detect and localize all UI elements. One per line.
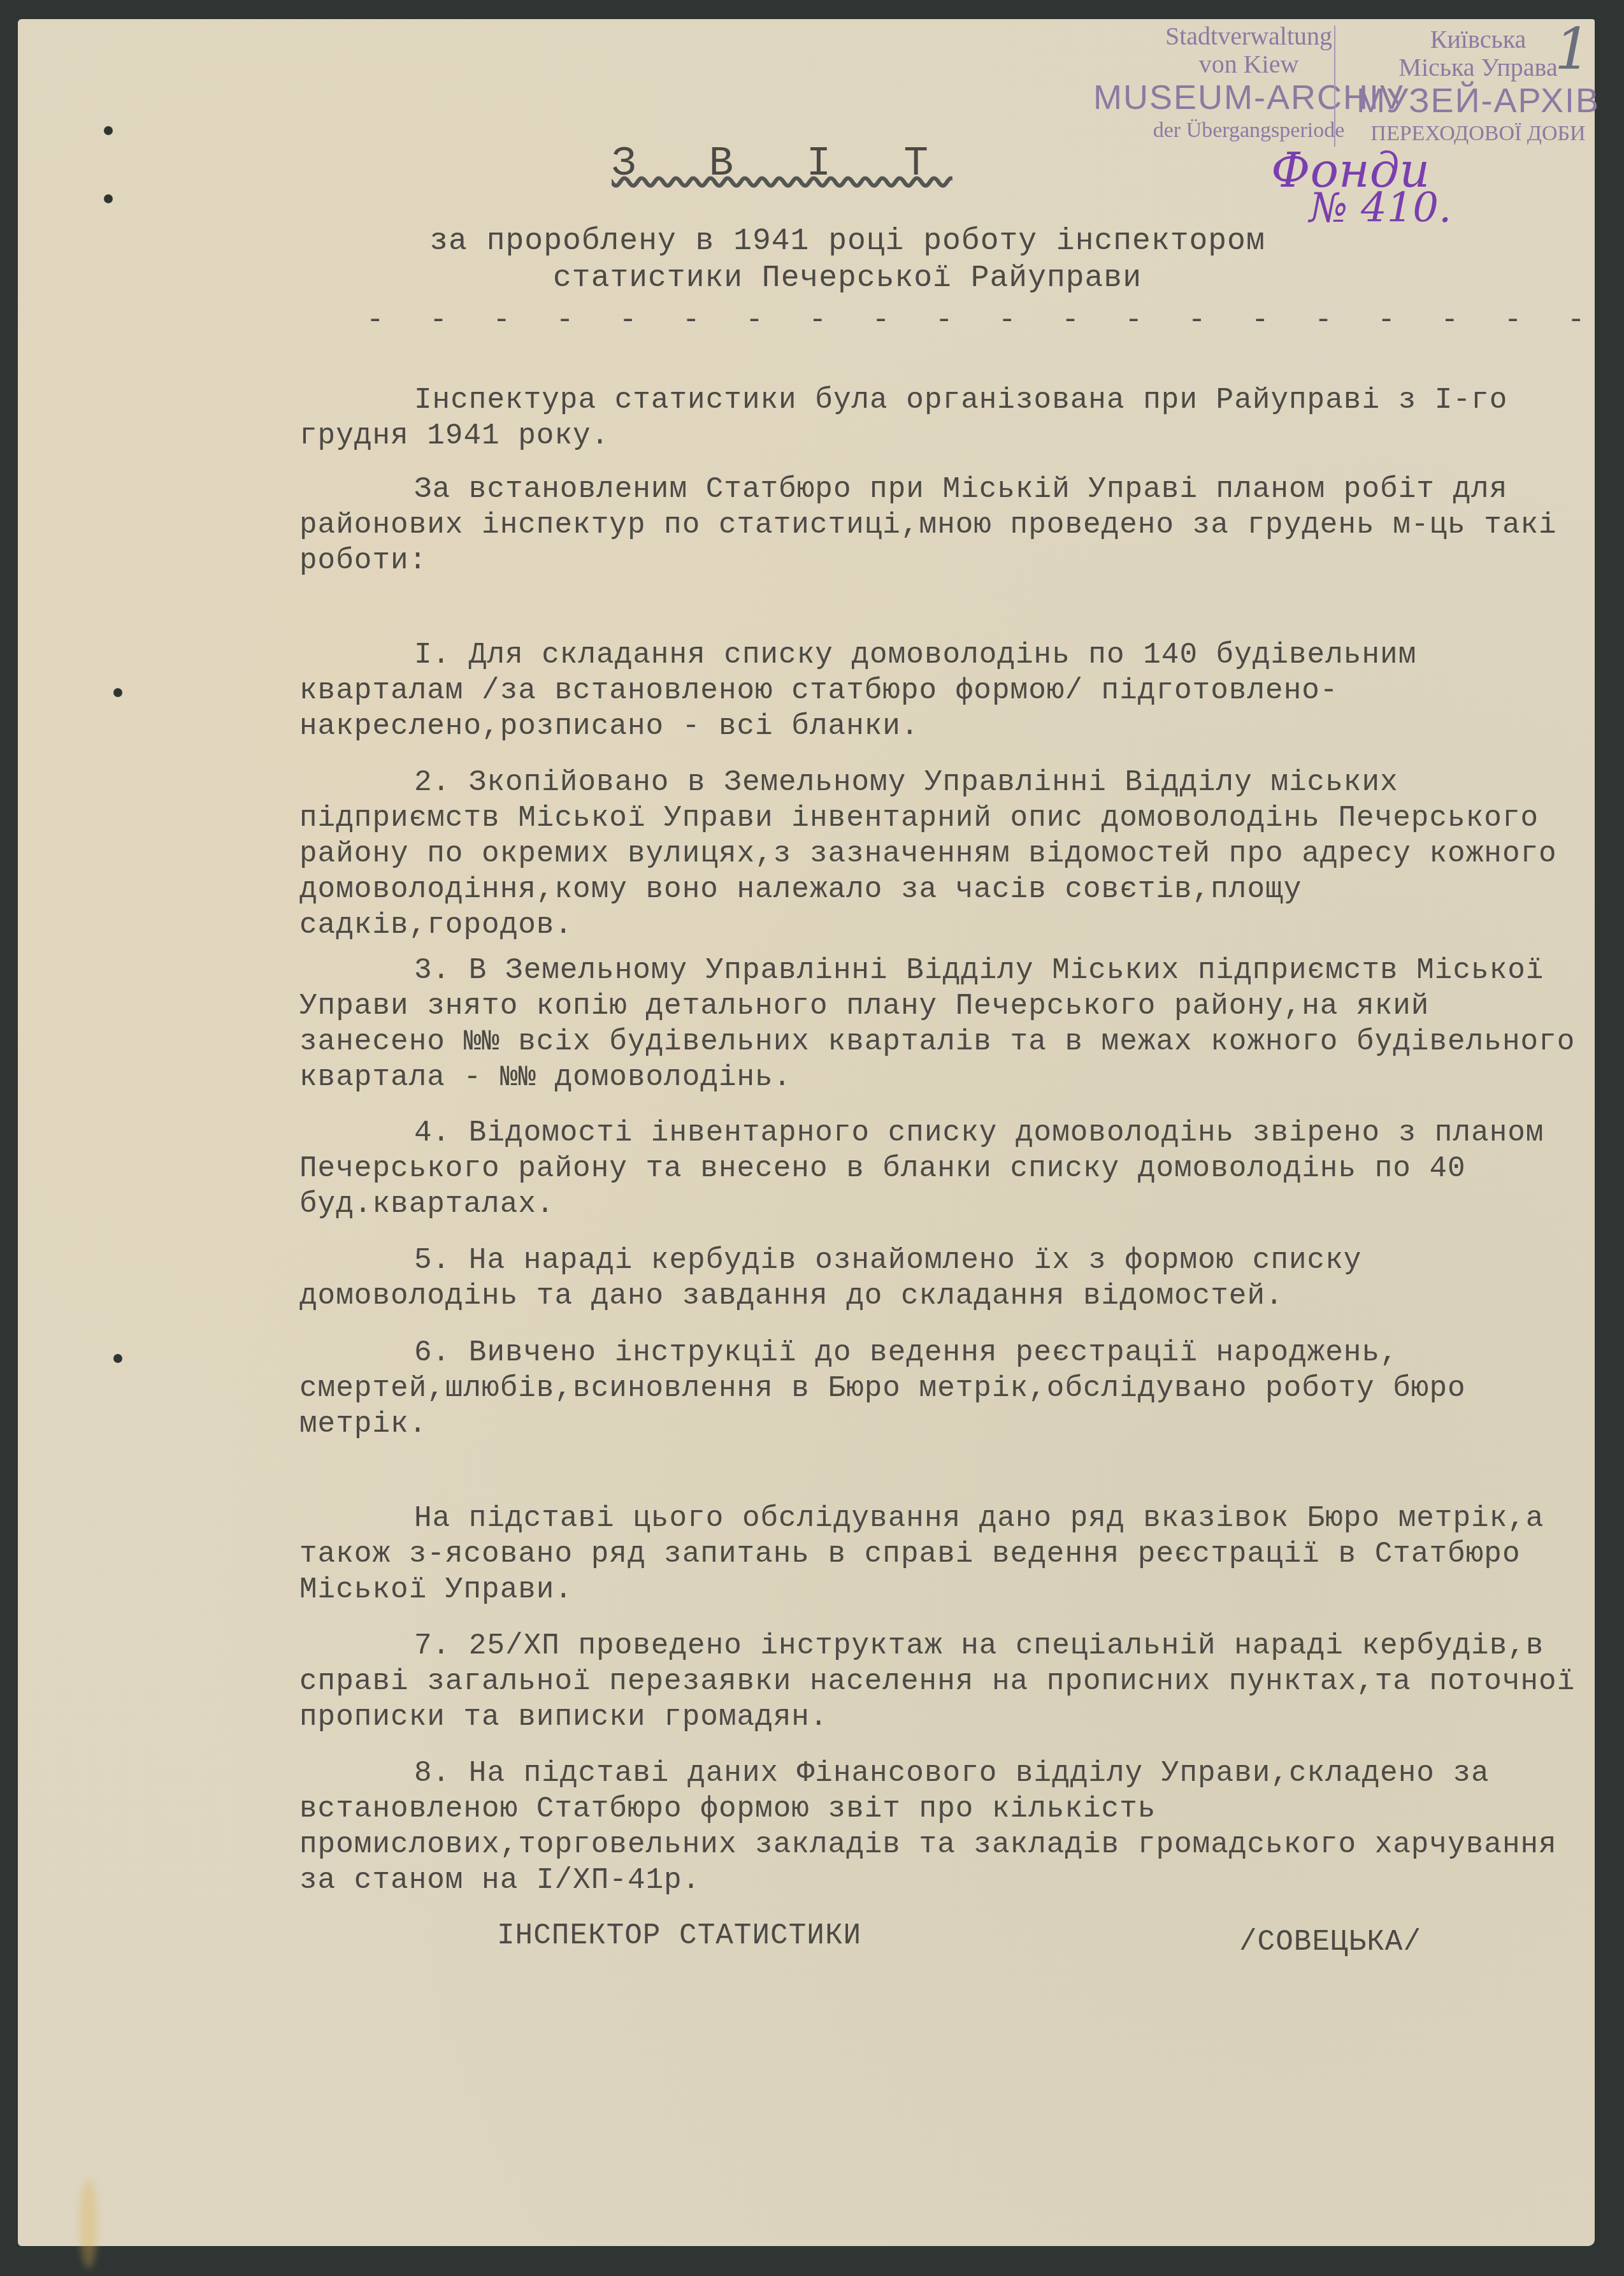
punch-hole bbox=[113, 1354, 122, 1363]
intro-paragraph: За встановленим Статбюро при Міській Упр… bbox=[299, 472, 1580, 579]
handwritten-sheet-number: 1 bbox=[1555, 16, 1591, 83]
report-item: 3. В Земельному Управлінні Відділу Міськ… bbox=[299, 953, 1580, 1095]
report-item: 8. На підставі даних Фінансового відділу… bbox=[299, 1755, 1580, 1898]
report-item: 2. Зкопійовано в Земельному Управлінні В… bbox=[299, 765, 1580, 943]
report-item: 7. 25/ХП проведено інструктаж на спеціал… bbox=[299, 1628, 1580, 1735]
report-item: І. Для складання списку домоволодінь по … bbox=[299, 637, 1580, 744]
report-item: 6. Вивчено інструкції до ведення реєстра… bbox=[299, 1335, 1580, 1442]
report-item: 5. На нараді кербудів ознайомлено їх з ф… bbox=[299, 1242, 1580, 1314]
punch-hole bbox=[113, 688, 122, 697]
document-title: З В І Т bbox=[612, 147, 952, 182]
report-item: 4. Відомості інвентарного списку домовол… bbox=[299, 1115, 1580, 1222]
paper-stain bbox=[80, 2179, 97, 2268]
document-subtitle: за пророблену в 1941 році роботу інспект… bbox=[350, 223, 1344, 297]
punch-hole bbox=[104, 126, 113, 135]
intro-paragraph: Інспектура статистики була організована … bbox=[299, 382, 1580, 454]
signature-title: ІНСПЕКТОР СТАТИСТИКИ bbox=[497, 1918, 861, 1954]
punch-hole bbox=[104, 194, 113, 203]
separator-line: - - - - - - - - - - - - - - - - - - - - … bbox=[366, 303, 1624, 338]
stamp-line: МУЗЕЙ-АРХІВ bbox=[1344, 82, 1612, 120]
note-paragraph: На підставі цього обслідування дано ряд … bbox=[299, 1501, 1580, 1608]
stamp-divider bbox=[1334, 25, 1335, 147]
signature-name: /СОВЕЦЬКА/ bbox=[1239, 1924, 1421, 1960]
